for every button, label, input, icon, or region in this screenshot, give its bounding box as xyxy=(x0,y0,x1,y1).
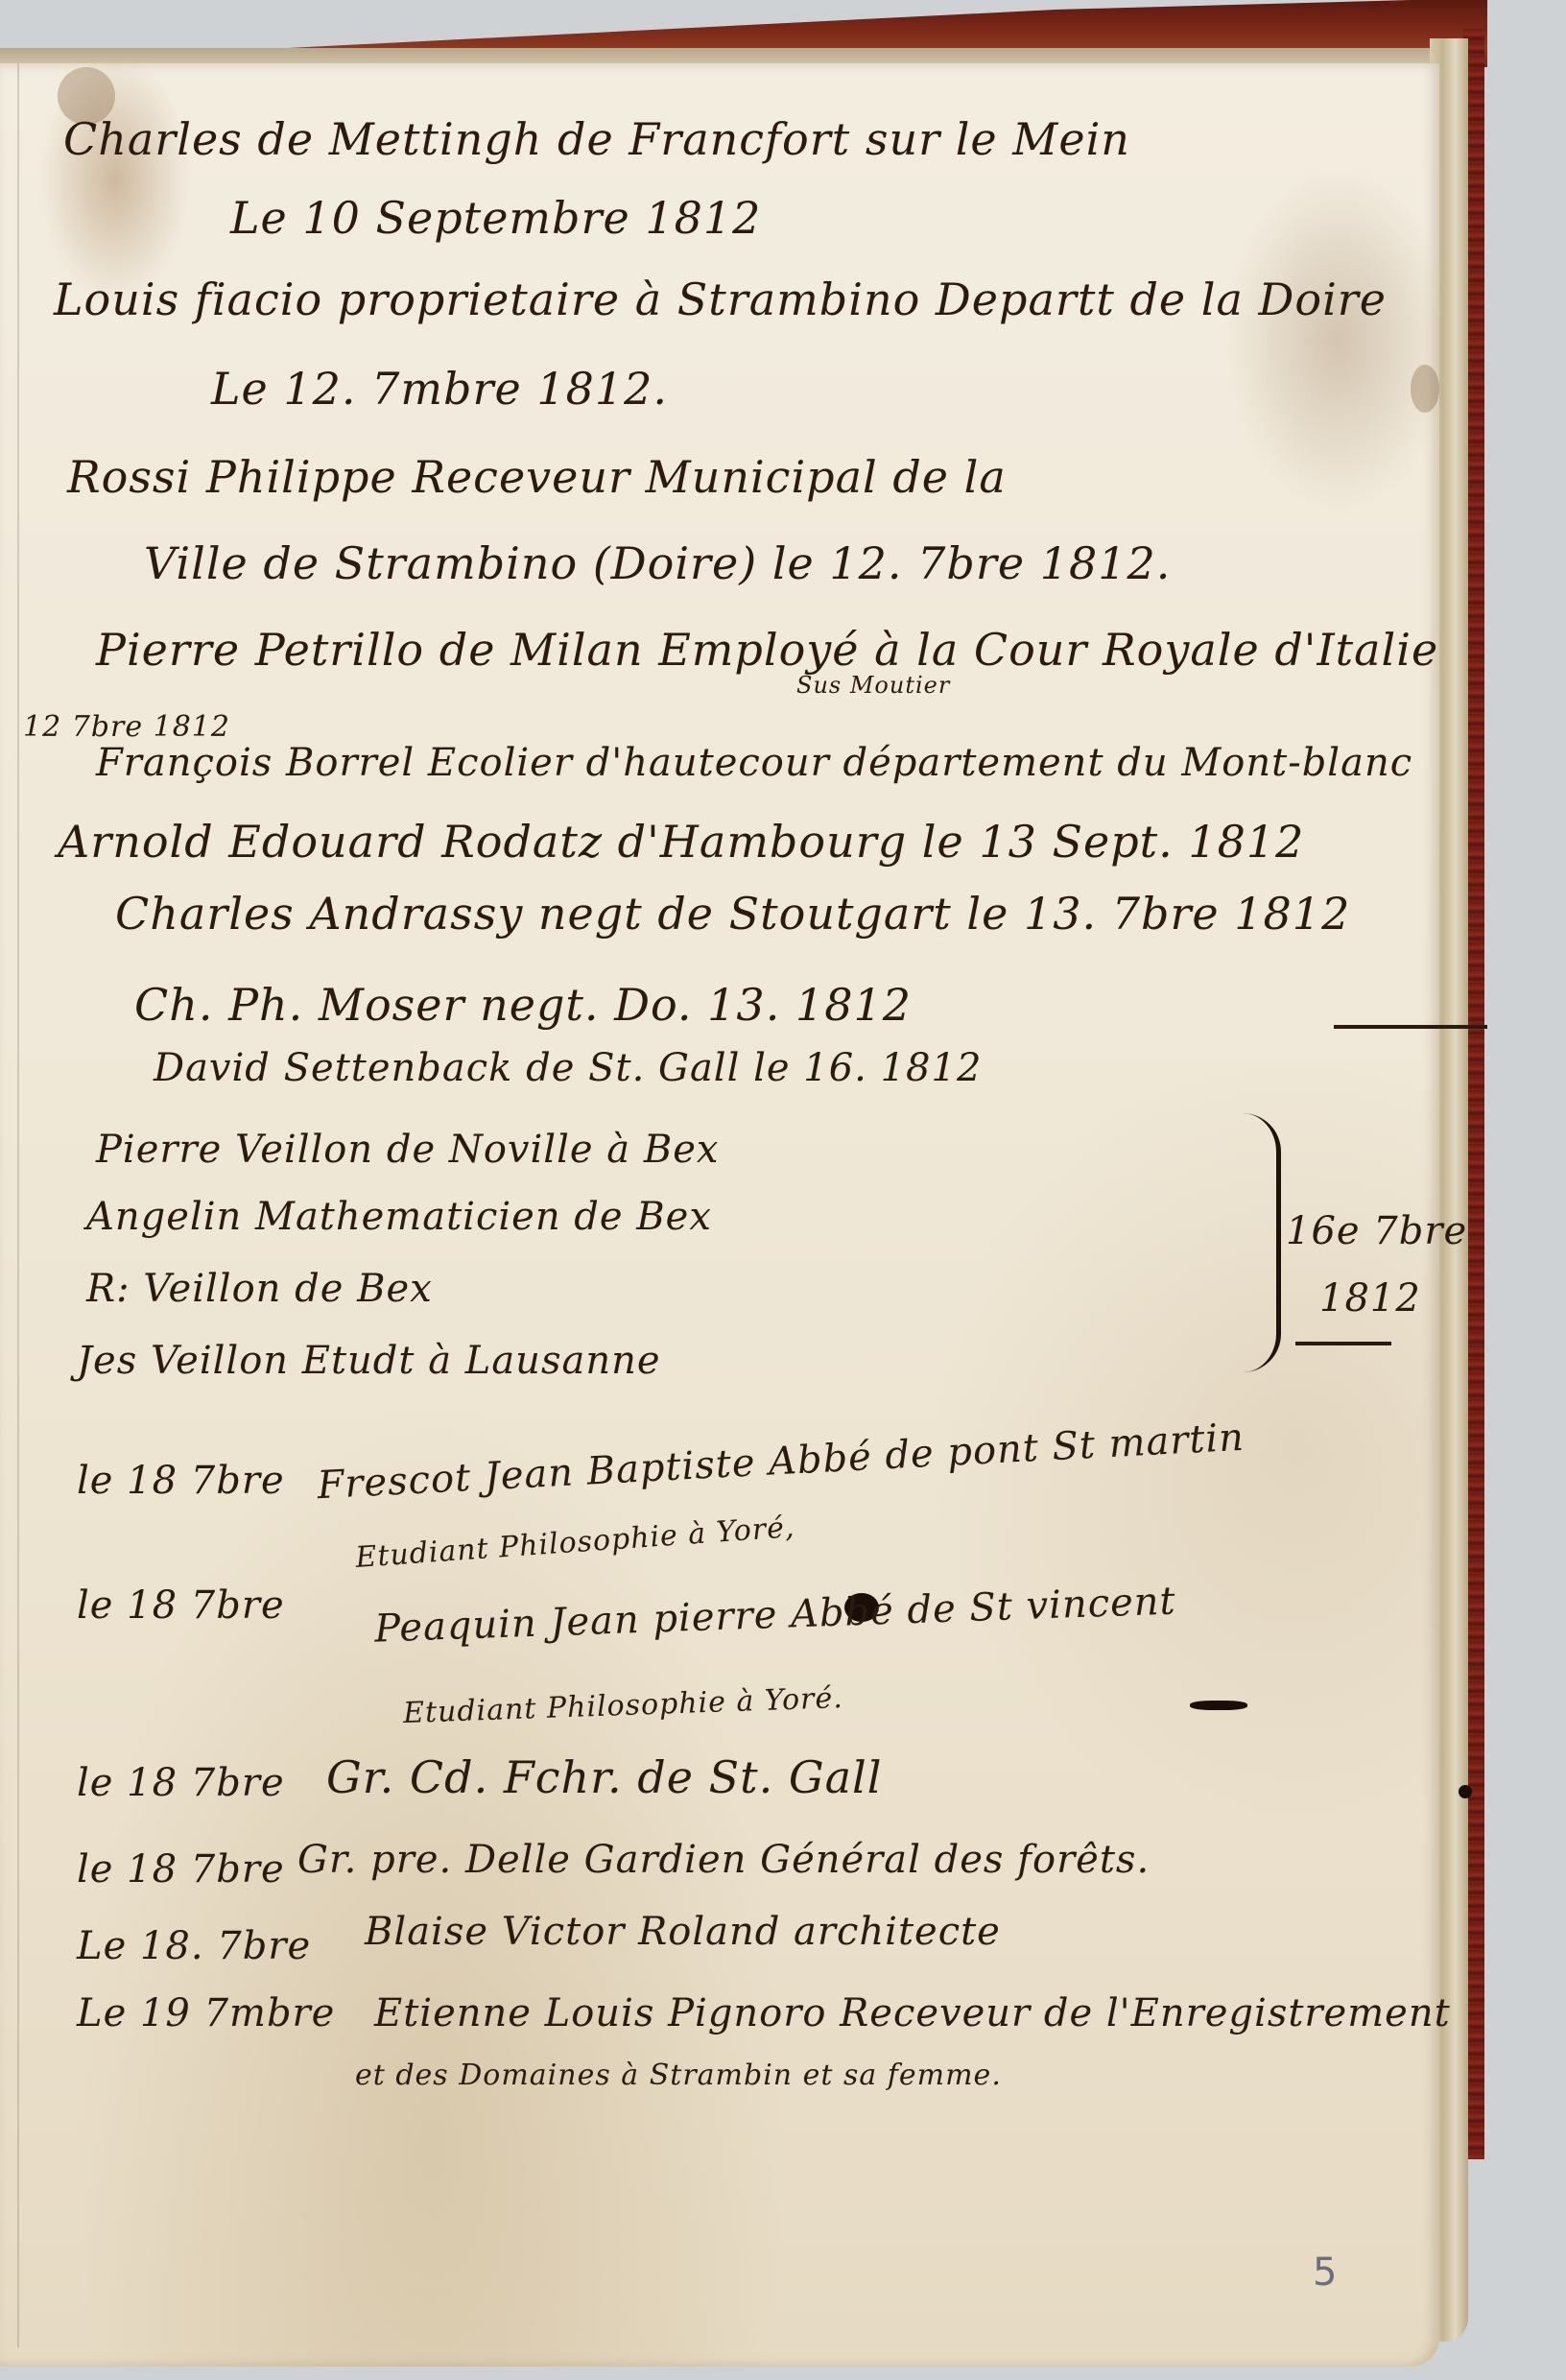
entry-14-line-1: Gr. pre. Delle Gardien Général des forêt… xyxy=(297,1838,1150,1882)
entry-5-margin-date: 12 7bre 1812 xyxy=(23,710,230,744)
entry-10-line-3: R: Veillon de Bex xyxy=(86,1267,433,1311)
underline-rule xyxy=(1295,1342,1391,1345)
left-margin-line xyxy=(17,63,19,2347)
entry-6-line-1: Arnold Edouard Rodatz d'Hambourg le 13 S… xyxy=(58,816,1304,868)
entry-10-line-1: Pierre Veillon de Noville à Bex xyxy=(96,1128,719,1172)
entry-13-margin-date: le 18 7bre xyxy=(77,1761,285,1805)
entry-16-line-1: Etienne Louis Pignoro Receveur de l'Enre… xyxy=(374,1991,1451,2035)
entry-1-line-1: Charles de Mettingh de Francfort sur le … xyxy=(63,113,1130,165)
entry-4-line-1: Pierre Petrillo de Milan Employé à la Co… xyxy=(96,624,1438,676)
entry-14-margin-date: le 18 7bre xyxy=(77,1847,285,1892)
water-stain xyxy=(1411,365,1439,413)
entry-3-line-1: Rossi Philippe Receveur Municipal de la xyxy=(67,451,1007,503)
entry-15-line-1: Blaise Victor Roland architecte xyxy=(365,1910,1001,1954)
entry-10-group-date-1: 16e 7bre xyxy=(1286,1209,1467,1253)
ink-blot xyxy=(1190,1701,1247,1710)
entry-16-line-2: et des Domaines à Strambin et sa femme. xyxy=(355,2059,1002,2092)
entry-10-line-2: Angelin Mathematicien de Bex xyxy=(86,1195,712,1239)
entry-9-line-1: David Settenback de St. Gall le 16. 1812 xyxy=(154,1046,982,1090)
entry-1-line-2: Le 10 Septembre 1812 xyxy=(230,192,761,244)
entry-10-line-4: Jes Veillon Etudt à Lausanne xyxy=(77,1339,661,1383)
entry-8-line-1: Ch. Ph. Moser negt. Do. 13. 1812 xyxy=(134,979,912,1031)
entry-15-margin-date: Le 18. 7bre xyxy=(77,1924,311,1968)
ink-blot xyxy=(1459,1785,1472,1798)
entry-10-group-date-2: 1812 xyxy=(1319,1276,1421,1321)
entry-13-line-1: Gr. Cd. Fchr. de St. Gall xyxy=(326,1751,882,1803)
grouping-brace xyxy=(1238,1113,1281,1372)
underline-rule xyxy=(1334,1025,1487,1029)
page-number: 5 xyxy=(1313,2250,1337,2295)
entry-16-margin-date: Le 19 7mbre xyxy=(77,1991,335,2035)
entry-2-line-2: Le 12. 7mbre 1812. xyxy=(211,363,668,415)
entry-5-insertion: Sus Moutier xyxy=(796,672,950,699)
entry-7-line-1: Charles Andrassy negt de Stoutgart le 13… xyxy=(115,888,1350,940)
entry-3-line-2: Ville de Strambino (Doire) le 12. 7bre 1… xyxy=(144,537,1171,589)
entry-5-line-1: François Borrel Ecolier d'hautecour dépa… xyxy=(96,741,1412,785)
entry-2-line-1: Louis fiacio proprietaire à Strambino De… xyxy=(54,274,1387,325)
entry-12-margin-date: le 18 7bre xyxy=(77,1583,285,1628)
entry-11-margin-date: le 18 7bre xyxy=(77,1459,285,1503)
